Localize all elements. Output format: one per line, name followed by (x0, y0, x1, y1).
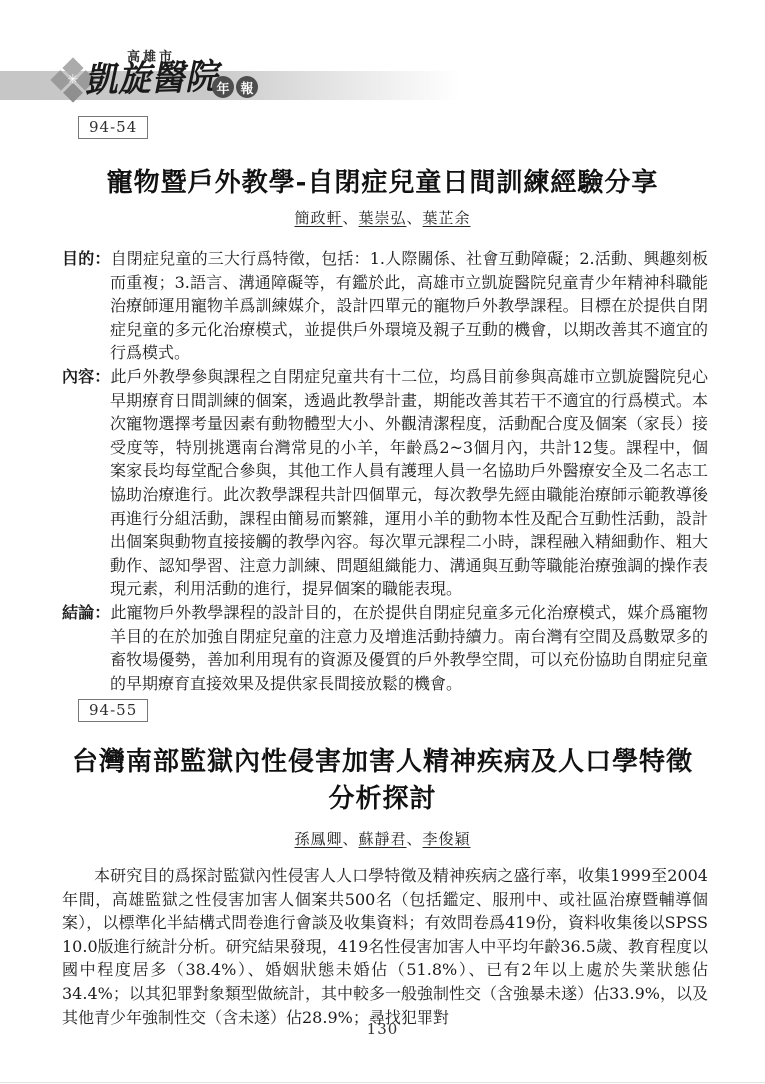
report-badge: 報 (236, 76, 258, 98)
author-separator: 、 (407, 209, 423, 227)
purpose-text: 自閉症兒童的三大行爲特徵，包括：1.人際關係、社會互動障礙；2.活動、興趣刻板而… (110, 249, 708, 362)
author-name: 葉崇弘 (358, 209, 406, 227)
content-label: 內容： (62, 367, 110, 386)
author-separator: 、 (342, 830, 358, 848)
article-authors-94-55: 孫鳳卿、蘇靜君、李俊穎 (0, 828, 765, 849)
abstract-paragraph-94-55: 本研究目的爲探討監獄內性侵害人人口學特徵及精神疾病之盛行率，收集1999至200… (62, 864, 708, 1029)
ornament-star-icon: ✳ (68, 74, 79, 87)
article-title-94-54: 寵物暨戶外教學-自閉症兒童日間訓練經驗分享 (0, 165, 765, 202)
article-body-94-54: 目的：自閉症兒童的三大行爲特徵，包括：1.人際關係、社會互動障礙；2.活動、興趣… (62, 247, 708, 695)
purpose-section: 目的：自閉症兒童的三大行爲特徵，包括：1.人際關係、社會互動障礙；2.活動、興趣… (62, 247, 708, 365)
conclusion-label: 結論： (62, 603, 110, 622)
author-separator: 、 (342, 209, 358, 227)
author-name: 李俊穎 (423, 830, 471, 848)
header-badges: 年 報 (212, 76, 258, 98)
header-hospital-logotype: 凱旋醫院 (84, 49, 219, 103)
article-title-94-55: 台灣南部監獄內性侵害加害人精神疾病及人口學特徵分析探討 (0, 744, 765, 818)
author-separator: 、 (407, 830, 423, 848)
author-name: 蘇靜君 (358, 830, 406, 848)
footer-rule (0, 1082, 765, 1083)
article-number-box-94-54: 94-54 (78, 116, 148, 139)
year-badge: 年 (212, 76, 234, 98)
content-text: 此戶外教學參與課程之自閉症兒童共有十二位，均爲目前參與高雄市立凱旋醫院兒心早期療… (110, 367, 708, 598)
author-name: 葉芷余 (423, 209, 471, 227)
annual-report-page: ✳ 高雄市 凱旋醫院 年 報 94-54 寵物暨戶外教學-自閉症兒童日間訓練經驗… (0, 0, 765, 1084)
author-name: 孫鳳卿 (294, 830, 342, 848)
conclusion-text: 此寵物戶外教學課程的設計目的，在於提供自閉症兒童多元化治療模式，媒介爲寵物羊目的… (110, 603, 708, 693)
purpose-label: 目的： (62, 249, 111, 268)
conclusion-section: 結論：此寵物戶外教學課程的設計目的，在於提供自閉症兒童多元化治療模式，媒介爲寵物… (62, 601, 708, 695)
page-number: 130 (0, 1020, 765, 1038)
article-authors-94-54: 簡政軒、葉崇弘、葉芷余 (0, 207, 765, 228)
author-name: 簡政軒 (294, 209, 342, 227)
article-title-94-55-text: 台灣南部監獄內性侵害加害人精神疾病及人口學特徵分析探討 (63, 744, 703, 818)
article-number-box-94-55: 94-55 (78, 699, 148, 722)
content-section: 內容：此戶外教學參與課程之自閉症兒童共有十二位，均爲目前參與高雄市立凱旋醫院兒心… (62, 365, 708, 601)
